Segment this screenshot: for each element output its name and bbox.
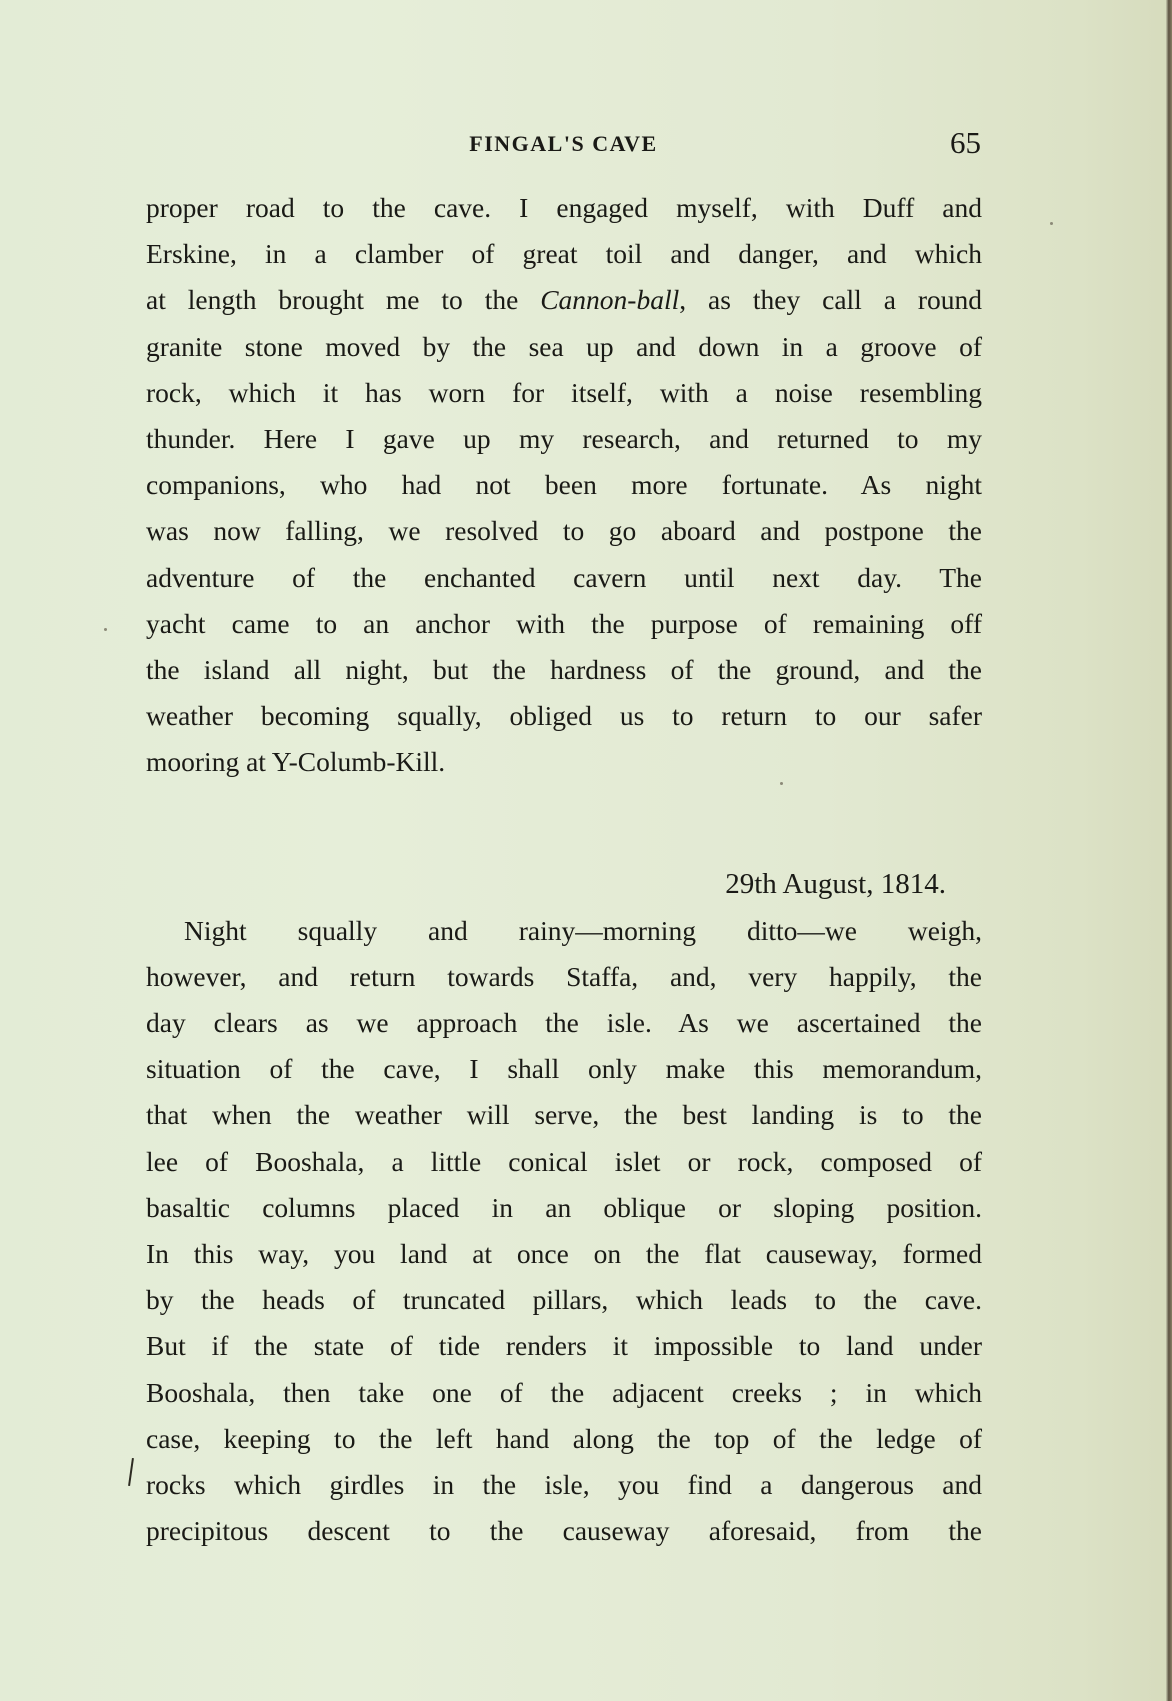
page-number: 65 [950,125,981,161]
text-line: adventure of the enchanted cavern until … [146,555,982,601]
text-line: Night squally and rainy—morning ditto—we… [146,908,982,954]
italic-term: Cannon-ball [540,284,679,315]
text-line: companions, who had not been more fortun… [146,462,982,508]
body-text: proper road to the cave. I engaged mysel… [146,185,982,1554]
page-edge [1166,0,1172,1701]
text-line: situation of the cave, I shall only make… [146,1046,982,1092]
paper-speck [1050,222,1053,225]
paper-speck [780,782,783,785]
text-line: weather becoming squally, obliged us to … [146,693,982,739]
text-line: day clears as we approach the isle. As w… [146,1000,982,1046]
text-line: But if the state of tide renders it impo… [146,1323,982,1369]
text-line: precipitous descent to the causeway afor… [146,1508,982,1554]
text-fragment: at length brought me to the [146,284,540,315]
text-line: case, keeping to the left hand along the… [146,1416,982,1462]
text-line: however, and return towards Staffa, and,… [146,954,982,1000]
text-line: thunder. Here I gave up my research, and… [146,416,982,462]
text-line: yacht came to an anchor with the purpose… [146,601,982,647]
text-line: proper road to the cave. I engaged mysel… [146,185,982,231]
text-line: the island all night, but the hardness o… [146,647,982,693]
text-line: that when the weather will serve, the be… [146,1092,982,1138]
pencil-margin-mark [128,1458,134,1486]
running-title: FINGAL'S CAVE [146,131,981,157]
text-line: granite stone moved by the sea up and do… [146,324,982,370]
text-line: Erskine, in a clamber of great toil and … [146,231,982,277]
paragraph-2: Night squally and rainy—morning ditto—we… [146,908,982,1555]
running-head: FINGAL'S CAVE 65 [146,125,981,165]
text-line: basaltic columns placed in an oblique or… [146,1185,982,1231]
text-line: was now falling, we resolved to go aboar… [146,508,982,554]
text-line: In this way, you land at once on the fla… [146,1231,982,1277]
date-heading: 29th August, 1814. [146,861,982,907]
paper-speck [104,628,107,631]
text-line: by the heads of truncated pillars, which… [146,1277,982,1323]
text-line: Booshala, then take one of the adjacent … [146,1370,982,1416]
text-line: rock, which it has worn for itself, with… [146,370,982,416]
text-line: rocks which girdles in the isle, you fin… [146,1462,982,1508]
text-line: mooring at Y-Columb-Kill. [146,739,982,785]
text-line: lee of Booshala, a little conical islet … [146,1139,982,1185]
text-fragment: , as they call a round [679,284,982,315]
text-line: at length brought me to the Cannon-ball,… [146,277,982,323]
paragraph-1: proper road to the cave. I engaged mysel… [146,185,982,785]
